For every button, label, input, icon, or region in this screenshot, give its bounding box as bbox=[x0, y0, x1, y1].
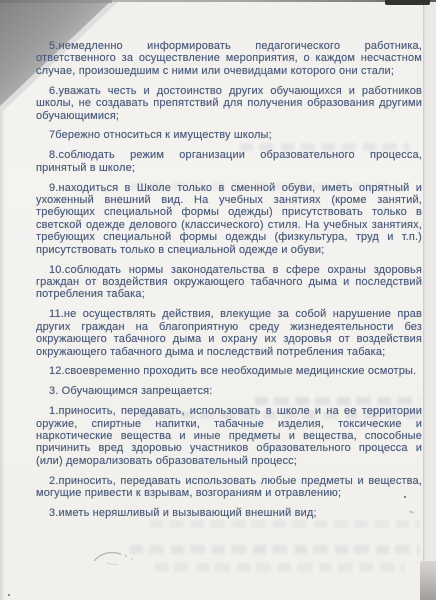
bleed-through-mark bbox=[130, 545, 420, 554]
scan-shadow-bottom-right bbox=[420, 561, 436, 600]
ink-speck bbox=[8, 594, 10, 596]
list-item-3: 3.иметь неряшливый и вызывающий внешний … bbox=[36, 507, 422, 519]
list-item-12: 12.своевременно проходить все необходимы… bbox=[36, 365, 422, 377]
scanned-document-page: 5.немедленно информировать педагогическо… bbox=[0, 0, 436, 600]
bleed-through-mark bbox=[155, 563, 405, 572]
list-item-10: 10.соблюдать нормы законодательства в сф… bbox=[36, 264, 422, 301]
pencil-smudge bbox=[92, 546, 140, 571]
section-heading: 3. Обучающимся запрещается: bbox=[36, 385, 422, 397]
document-body: 5.немедленно информировать педагогическо… bbox=[36, 40, 422, 527]
list-item-8: 8.соблюдать режим организации образовате… bbox=[36, 149, 422, 174]
scan-edge-right bbox=[423, 0, 436, 600]
list-item-1: 1.приносить, передавать, использовать в … bbox=[36, 405, 422, 467]
list-item-2: 2.приносить, передавать использовать люб… bbox=[36, 475, 422, 500]
list-item-7: 7бережно относиться к имуществу школы; bbox=[36, 129, 422, 141]
scan-corner-top-line bbox=[0, 0, 112, 3]
list-item-5: 5.немедленно информировать педагогическо… bbox=[36, 40, 422, 77]
list-item-6: 6.уважать честь и достоинство других обу… bbox=[36, 85, 422, 122]
list-item-9: 9.находиться в Школе только в сменной об… bbox=[36, 182, 422, 256]
scan-dark-mark-top-right bbox=[385, 0, 430, 5]
list-item-11: 11.не осуществлять действия, влекущие за… bbox=[36, 308, 422, 358]
